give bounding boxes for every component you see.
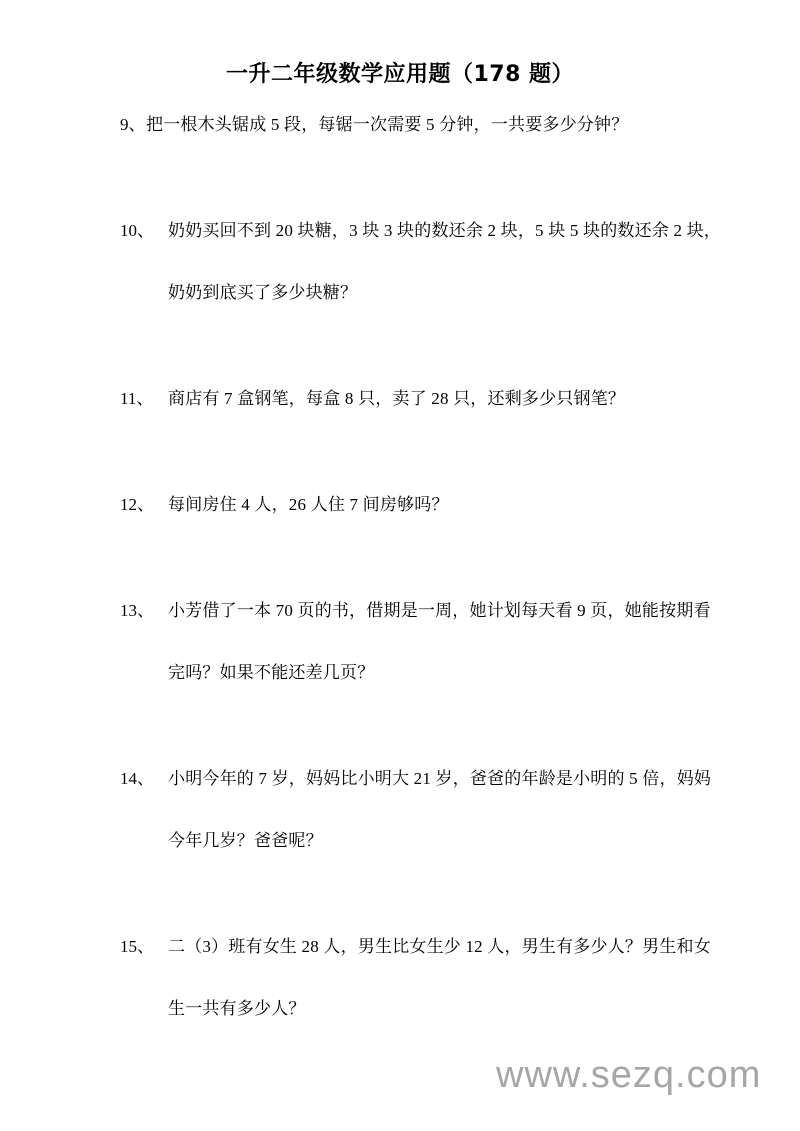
question-text: 把一根木头锯成 5 段，每锯一次需要 5 分钟，一共要多少分钟？ (120, 94, 740, 156)
question-text: 二（3）班有女生 28 人，男生比女生少 12 人，男生有多少人？男生和女生一共… (120, 916, 740, 1040)
question-number: 14、 (120, 748, 154, 810)
question-item: 10、 奶奶买回不到 20 块糖，3 块 3 块的数还余 2 块，5 块 5 块… (120, 200, 740, 324)
question-line: 生一共有多少人？ (168, 978, 740, 1040)
question-line: 小芳借了一本 70 页的书，借期是一周，她计划每天看 9 页，她能按期看 (168, 580, 740, 642)
question-item: 12、 每间房住 4 人，26 人住 7 间房够吗？ (120, 474, 740, 536)
question-line: 完吗？如果不能还差几页？ (168, 642, 740, 704)
question-item: 14、 小明今年的 7 岁，妈妈比小明大 21 岁，爸爸的年龄是小明的 5 倍，… (120, 748, 740, 872)
question-text: 每间房住 4 人，26 人住 7 间房够吗？ (120, 474, 740, 536)
question-number: 9、 (120, 94, 146, 156)
question-text: 奶奶买回不到 20 块糖，3 块 3 块的数还余 2 块，5 块 5 块的数还余… (120, 200, 740, 324)
question-number: 15、 (120, 916, 154, 978)
question-list: 9、 把一根木头锯成 5 段，每锯一次需要 5 分钟，一共要多少分钟？ 10、 … (120, 94, 740, 1040)
question-number: 10、 (120, 200, 154, 262)
question-line: 每间房住 4 人，26 人住 7 间房够吗？ (168, 474, 740, 536)
question-line: 今年几岁？爸爸呢？ (168, 810, 740, 872)
question-number: 12、 (120, 474, 154, 536)
question-number: 13、 (120, 580, 154, 642)
question-line: 奶奶买回不到 20 块糖，3 块 3 块的数还余 2 块，5 块 5 块的数还余… (168, 200, 740, 262)
page-title: 一升二年级数学应用题（178 题） (0, 60, 800, 90)
question-number: 11、 (120, 368, 153, 430)
question-item: 13、 小芳借了一本 70 页的书，借期是一周，她计划每天看 9 页，她能按期看… (120, 580, 740, 704)
question-line: 商店有 7 盒钢笔，每盒 8 只，卖了 28 只，还剩多少只钢笔？ (168, 368, 740, 430)
question-line: 小明今年的 7 岁，妈妈比小明大 21 岁，爸爸的年龄是小明的 5 倍，妈妈 (168, 748, 740, 810)
question-text: 商店有 7 盒钢笔，每盒 8 只，卖了 28 只，还剩多少只钢笔？ (120, 368, 740, 430)
question-text: 小明今年的 7 岁，妈妈比小明大 21 岁，爸爸的年龄是小明的 5 倍，妈妈今年… (120, 748, 740, 872)
document-page: 一升二年级数学应用题（178 题） 9、 把一根木头锯成 5 段，每锯一次需要 … (0, 0, 800, 1131)
question-line: 把一根木头锯成 5 段，每锯一次需要 5 分钟，一共要多少分钟？ (146, 94, 740, 156)
question-item: 15、 二（3）班有女生 28 人，男生比女生少 12 人，男生有多少人？男生和… (120, 916, 740, 1040)
question-item: 11、 商店有 7 盒钢笔，每盒 8 只，卖了 28 只，还剩多少只钢笔？ (120, 368, 740, 430)
question-line: 奶奶到底买了多少块糖？ (168, 262, 740, 324)
question-text: 小芳借了一本 70 页的书，借期是一周，她计划每天看 9 页，她能按期看完吗？如… (120, 580, 740, 704)
question-line: 二（3）班有女生 28 人，男生比女生少 12 人，男生有多少人？男生和女 (168, 916, 740, 978)
question-item: 9、 把一根木头锯成 5 段，每锯一次需要 5 分钟，一共要多少分钟？ (120, 94, 740, 156)
watermark: www.sezq.com (496, 1056, 761, 1094)
